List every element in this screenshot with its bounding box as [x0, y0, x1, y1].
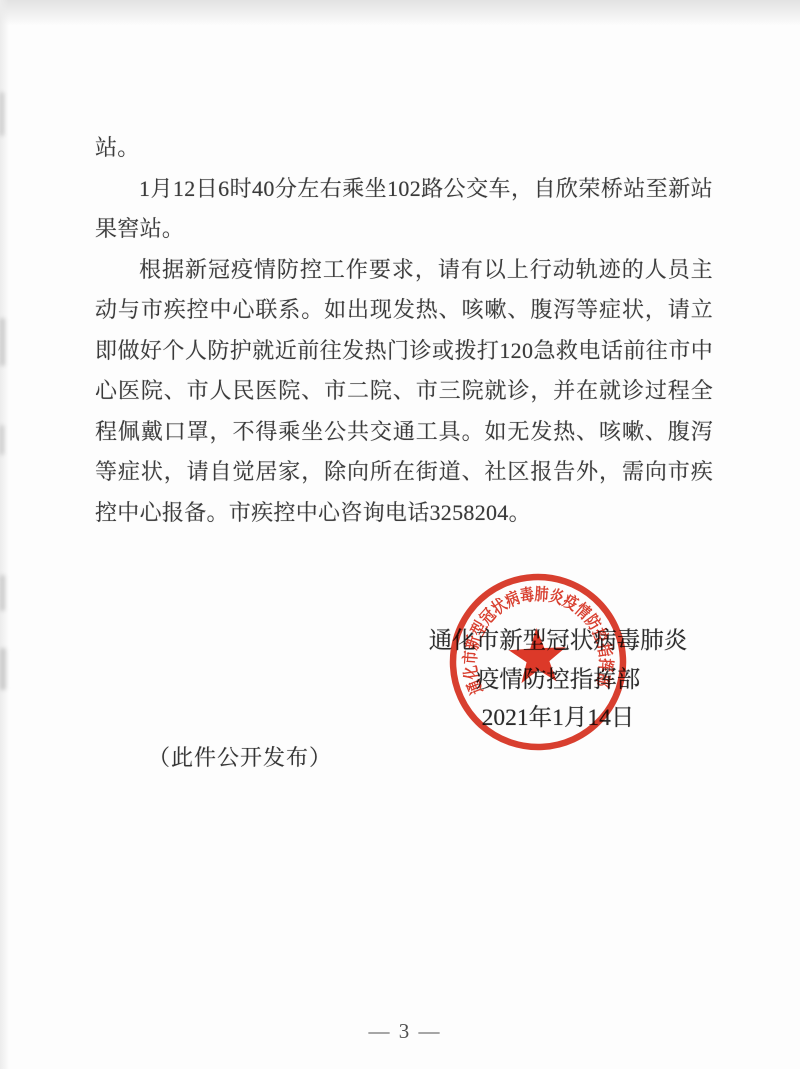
scan-smudge: [0, 318, 5, 366]
signature-org-line2: 疫情防控指挥部: [417, 661, 699, 700]
signature-org-line1: 通化市新型冠状病毒肺炎: [417, 622, 699, 661]
publish-note: （此件公开发布）: [148, 741, 332, 772]
signature-date: 2021年1月14日: [417, 699, 699, 738]
page-number: — 3 —: [0, 1019, 800, 1044]
scan-smudge: [0, 575, 5, 611]
scan-smudge: [0, 648, 6, 690]
paragraph-bus-route: 1月12日6时40分左右乘坐102路公交车，自欣荣桥站至新站果窖站。: [95, 169, 713, 250]
paragraph-prevention-notice: 根据新冠疫情防控工作要求，请有以上行动轨迹的人员主动与市疾控中心联系。如出现发热…: [95, 250, 713, 534]
document-body: 站。 1月12日6时40分左右乘坐102路公交车，自欣荣桥站至新站果窖站。 根据…: [95, 128, 713, 533]
scanned-document-page: 站。 1月12日6时40分左右乘坐102路公交车，自欣荣桥站至新站果窖站。 根据…: [0, 0, 800, 1069]
scan-smudge: [0, 425, 4, 455]
scan-edge-left: [0, 0, 9, 1069]
scan-edge-top: [0, 0, 800, 26]
scan-smudge: [0, 92, 4, 136]
paragraph-continuation: 站。: [95, 128, 713, 169]
signature-block: 通化市新型冠状病毒肺炎 疫情防控指挥部 2021年1月14日: [417, 622, 699, 738]
